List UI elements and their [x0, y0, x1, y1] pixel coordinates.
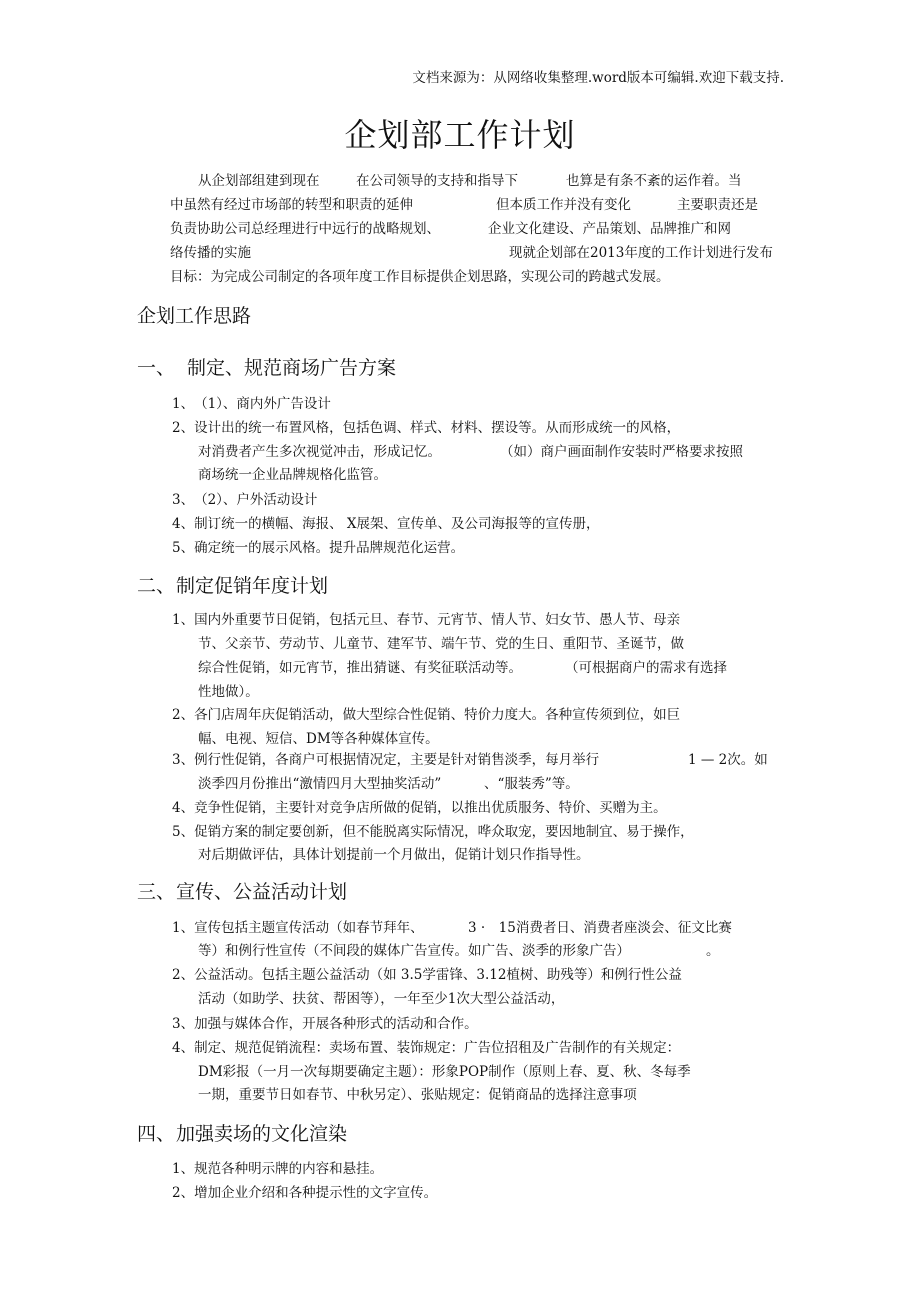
list-item: 一期，重要节日如春节、中秋另定）、张贴规定：促销商品的选择注意事项	[198, 1083, 637, 1103]
list-item: 3、例行性促销，各商户可根据情况定，主要是针对销售淡季，每月举行	[172, 748, 599, 768]
intro-text: 负责协助公司总经理进行中远行的战略规划、	[170, 217, 440, 237]
section-number: 二、	[137, 571, 175, 598]
list-item: （如）商户画面制作安装时严格要求按照	[500, 440, 743, 460]
list-item: 2、设计出的统一布置风格，包括色调、样式、材料、摆设等。从而形成统一的风格，	[172, 416, 680, 436]
list-item: 商场统一企业品牌规格化监管。	[198, 463, 387, 483]
list-item: 4、竞争性促销，主要针对竞争店所做的促销，以推出优质服务、特价、买赠为主。	[172, 796, 667, 816]
header-note: 文档来源为：从网络收集整理.word版本可编辑.欢迎下载支持.	[412, 66, 784, 86]
section-title: 制定促销年度计划	[176, 571, 328, 598]
intro-text: 现就企划部在2013年度的工作计划进行发布	[509, 241, 773, 261]
list-item: DM彩报（一月一次每期要确定主题）：形象POP制作（原则上春、夏、秋、冬每季	[198, 1060, 691, 1080]
intro-text: 络传播的实施	[170, 241, 251, 261]
list-item: 1、 （1）、商内外广告设计	[172, 392, 331, 412]
section-title: 宣传、公益活动计划	[176, 877, 347, 904]
list-item: （可根据商户的需求有选择	[565, 656, 727, 676]
subtitle: 企划工作思路	[137, 301, 251, 328]
section-number: 四、	[137, 1119, 175, 1146]
list-item: 5、确定统一的展示风格。提升品牌规范化运营。	[172, 536, 464, 556]
section-number: 三、	[137, 877, 175, 904]
list-item: 4、制订统一的横幅、海报、 X展架、宣传单、及公司海报等的宣传册，	[172, 512, 600, 532]
list-item: 5、促销方案的制定要创新，但不能脱离实际情况，哗众取宠，要因地制宜、易于操作，	[172, 820, 694, 840]
list-item: 综合性促销，如元宵节，推出猜谜、有奖征联活动等。	[198, 656, 522, 676]
list-item: 3、 （2）、户外活动设计	[172, 488, 317, 508]
list-item: 1 — 2次。如	[688, 748, 768, 768]
list-item: 1、国内外重要节日促销，包括元旦、春节、元宵节、情人节、妇女节、愚人节、母亲	[172, 608, 680, 628]
section-number: 一、	[137, 353, 175, 380]
section-title: 制定、规范商场广告方案	[187, 353, 396, 380]
list-item: 4、制定、规范促销流程：卖场布置、装饰规定：广告位招租及广告制作的有关规定：	[172, 1036, 680, 1056]
list-item: 、“服装秀”等。	[484, 772, 579, 792]
list-item: 性地做）。	[198, 680, 259, 700]
intro-text: 但本质工作并没有变化	[496, 193, 631, 213]
list-item: 1、规范各种明示牌的内容和悬挂。	[172, 1157, 383, 1177]
list-item: 等）和例行性宣传（不间段的媒体广告宣传。如广告、淡季的形象广告）	[198, 939, 630, 959]
list-item: 对消费者产生多次视觉冲击，形成记忆。	[198, 440, 441, 460]
list-item: 节、父亲节、劳动节、儿童节、建军节、端午节、党的生日、重阳节、圣诞节，做	[198, 632, 684, 652]
intro-text: 企业文化建设、产品策划、品牌推广和网	[488, 217, 731, 237]
list-item: 2、增加企业介绍和各种提示性的文字宣传。	[172, 1181, 437, 1201]
intro-text: 中虽然有经过市场部的转型和职责的延伸	[170, 193, 413, 213]
list-item: 2、各门店周年庆促销活动，做大型综合性促销、特价力度大。各种宣传须到位，如巨	[172, 703, 680, 723]
document-title: 企划部工作计划	[0, 110, 920, 156]
list-item: 。	[706, 939, 720, 959]
list-item: 幅、电视、短信、DM等各种媒体宣传。	[198, 727, 439, 747]
intro-text: 目标：为完成公司制定的各项年度工作目标提供企划思路，实现公司的跨越式发展。	[170, 265, 670, 285]
intro-text: 在公司领导的支持和指导下	[356, 169, 518, 189]
list-item: 3 · 15消费者日、消费者座淡会、征文比赛	[468, 916, 732, 936]
intro-text: 主要职责还是	[677, 193, 758, 213]
section-title: 加强卖场的文化渲染	[176, 1119, 347, 1146]
list-item: 淡季四月份推出“激情四月大型抽奖活动”	[198, 772, 441, 792]
list-item: 2、公益活动。包括主题公益活动（如 3.5学雷锋、3.12植树、助残等）和例行性…	[172, 963, 682, 983]
list-item: 活动（如助学、扶贫、帮困等），一年至少1次大型公益活动，	[198, 987, 564, 1007]
intro-text: 从企划部组建到现在	[198, 169, 320, 189]
list-item: 1、宣传包括主题宣传活动（如春节拜年、	[172, 916, 424, 936]
list-item: 3、加强与媒体合作，开展各种形式的活动和合作。	[172, 1012, 478, 1032]
list-item: 对后期做评估，具体计划提前一个月做出，促销计划只作指导性。	[198, 843, 590, 863]
intro-text: 也算是有条不紊的运作着。当	[566, 169, 742, 189]
